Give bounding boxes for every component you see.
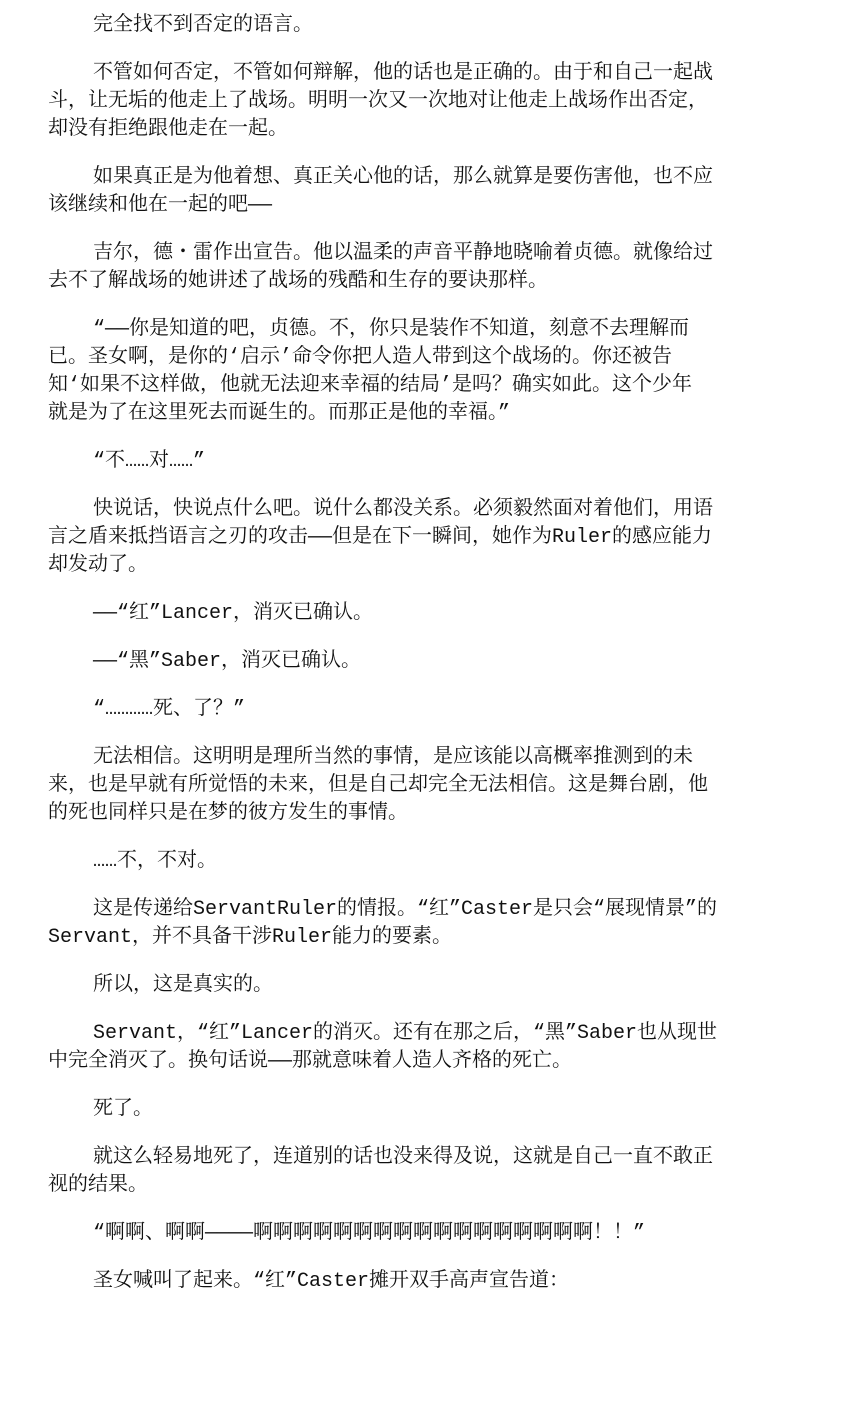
text-line: 已。圣女啊，是你的‘启示’命令你把人造人带到这个战场的。你还被告 (48, 344, 808, 372)
paragraph: “啊啊、啊啊————啊啊啊啊啊啊啊啊啊啊啊啊啊啊啊啊啊！！” (48, 1220, 808, 1248)
text-line: 该继续和他在一起的吧—— (48, 192, 808, 220)
paragraph: “——你是知道的吧，贞德。不，你只是装作不知道，刻意不去理解而 已。圣女啊，是你… (48, 316, 808, 428)
text-line: ……不，不对。 (48, 848, 808, 876)
text-line: “啊啊、啊啊————啊啊啊啊啊啊啊啊啊啊啊啊啊啊啊啊啊！！” (48, 1220, 808, 1248)
text-line: 就是为了在这里死去而诞生的。而那正是他的幸福。” (48, 400, 808, 428)
text-line: 去不了解战场的她讲述了战场的残酷和生存的要诀那样。 (48, 268, 808, 296)
text-line: 如果真正是为他着想、真正关心他的话，那么就算是要伤害他，也不应 (48, 164, 808, 192)
paragraph: ——“红”Lancer，消灭已确认。 (48, 600, 808, 628)
text-line: Servant，并不具备干涉Ruler能力的要素。 (48, 924, 808, 952)
paragraph: 完全找不到否定的语言。 (48, 12, 808, 40)
paragraph: 无法相信。这明明是理所当然的事情，是应该能以高概率推测到的未 来，也是早就有所觉… (48, 744, 808, 828)
document-page: 完全找不到否定的语言。 不管如何否定，不管如何辩解，他的话也是正确的。由于和自己… (48, 12, 808, 1316)
text-line: 视的结果。 (48, 1172, 808, 1200)
paragraph: ……不，不对。 (48, 848, 808, 876)
text-line: 斗，让无垢的他走上了战场。明明一次又一次地对让他走上战场作出否定， (48, 88, 808, 116)
paragraph: 吉尔，德・雷作出宣告。他以温柔的声音平静地晓喻着贞德。就像给过 去不了解战场的她… (48, 240, 808, 296)
text-line: 死了。 (48, 1096, 808, 1124)
paragraph: 圣女喊叫了起来。“红”Caster摊开双手高声宣告道： (48, 1268, 808, 1296)
text-line: 完全找不到否定的语言。 (48, 12, 808, 40)
text-line: ——“黑”Saber，消灭已确认。 (48, 648, 808, 676)
text-line: ——“红”Lancer，消灭已确认。 (48, 600, 808, 628)
text-line: 就这么轻易地死了，连道别的话也没来得及说，这就是自己一直不敢正 (48, 1144, 808, 1172)
paragraph: 死了。 (48, 1096, 808, 1124)
text-line: 知‘如果不这样做，他就无法迎来幸福的结局’是吗？确实如此。这个少年 (48, 372, 808, 400)
text-line: 的死也同样只是在梦的彼方发生的事情。 (48, 800, 808, 828)
paragraph: 如果真正是为他着想、真正关心他的话，那么就算是要伤害他，也不应 该继续和他在一起… (48, 164, 808, 220)
text-line: 来，也是早就有所觉悟的未来，但是自己却完全无法相信。这是舞台剧，他 (48, 772, 808, 800)
text-line: 所以，这是真实的。 (48, 972, 808, 1000)
paragraph: “…………死、了？” (48, 696, 808, 724)
paragraph: 所以，这是真实的。 (48, 972, 808, 1000)
text-line: Servant，“红”Lancer的消灭。还有在那之后，“黑”Saber也从现世 (48, 1020, 808, 1048)
text-line: 却发动了。 (48, 552, 808, 580)
paragraph: 就这么轻易地死了，连道别的话也没来得及说，这就是自己一直不敢正 视的结果。 (48, 1144, 808, 1200)
paragraph: “不……对……” (48, 448, 808, 476)
paragraph: ——“黑”Saber，消灭已确认。 (48, 648, 808, 676)
text-line: 圣女喊叫了起来。“红”Caster摊开双手高声宣告道： (48, 1268, 808, 1296)
text-line: “不……对……” (48, 448, 808, 476)
text-line: 快说话，快说点什么吧。说什么都没关系。必须毅然面对着他们，用语 (48, 496, 808, 524)
paragraph: 不管如何否定，不管如何辩解，他的话也是正确的。由于和自己一起战 斗，让无垢的他走… (48, 60, 808, 144)
text-line: “…………死、了？” (48, 696, 808, 724)
text-line: 中完全消灭了。换句话说——那就意味着人造人齐格的死亡。 (48, 1048, 808, 1076)
paragraph: 快说话，快说点什么吧。说什么都没关系。必须毅然面对着他们，用语 言之盾来抵挡语言… (48, 496, 808, 580)
text-line: 不管如何否定，不管如何辩解，他的话也是正确的。由于和自己一起战 (48, 60, 808, 88)
text-line: 这是传递给ServantRuler的情报。“红”Caster是只会“展现情景”的 (48, 896, 808, 924)
text-line: “——你是知道的吧，贞德。不，你只是装作不知道，刻意不去理解而 (48, 316, 808, 344)
paragraph: Servant，“红”Lancer的消灭。还有在那之后，“黑”Saber也从现世… (48, 1020, 808, 1076)
text-line: 言之盾来抵挡语言之刃的攻击——但是在下一瞬间，她作为Ruler的感应能力 (48, 524, 808, 552)
text-line: 无法相信。这明明是理所当然的事情，是应该能以高概率推测到的未 (48, 744, 808, 772)
paragraph: 这是传递给ServantRuler的情报。“红”Caster是只会“展现情景”的… (48, 896, 808, 952)
text-line: 吉尔，德・雷作出宣告。他以温柔的声音平静地晓喻着贞德。就像给过 (48, 240, 808, 268)
text-line: 却没有拒绝跟他走在一起。 (48, 116, 808, 144)
